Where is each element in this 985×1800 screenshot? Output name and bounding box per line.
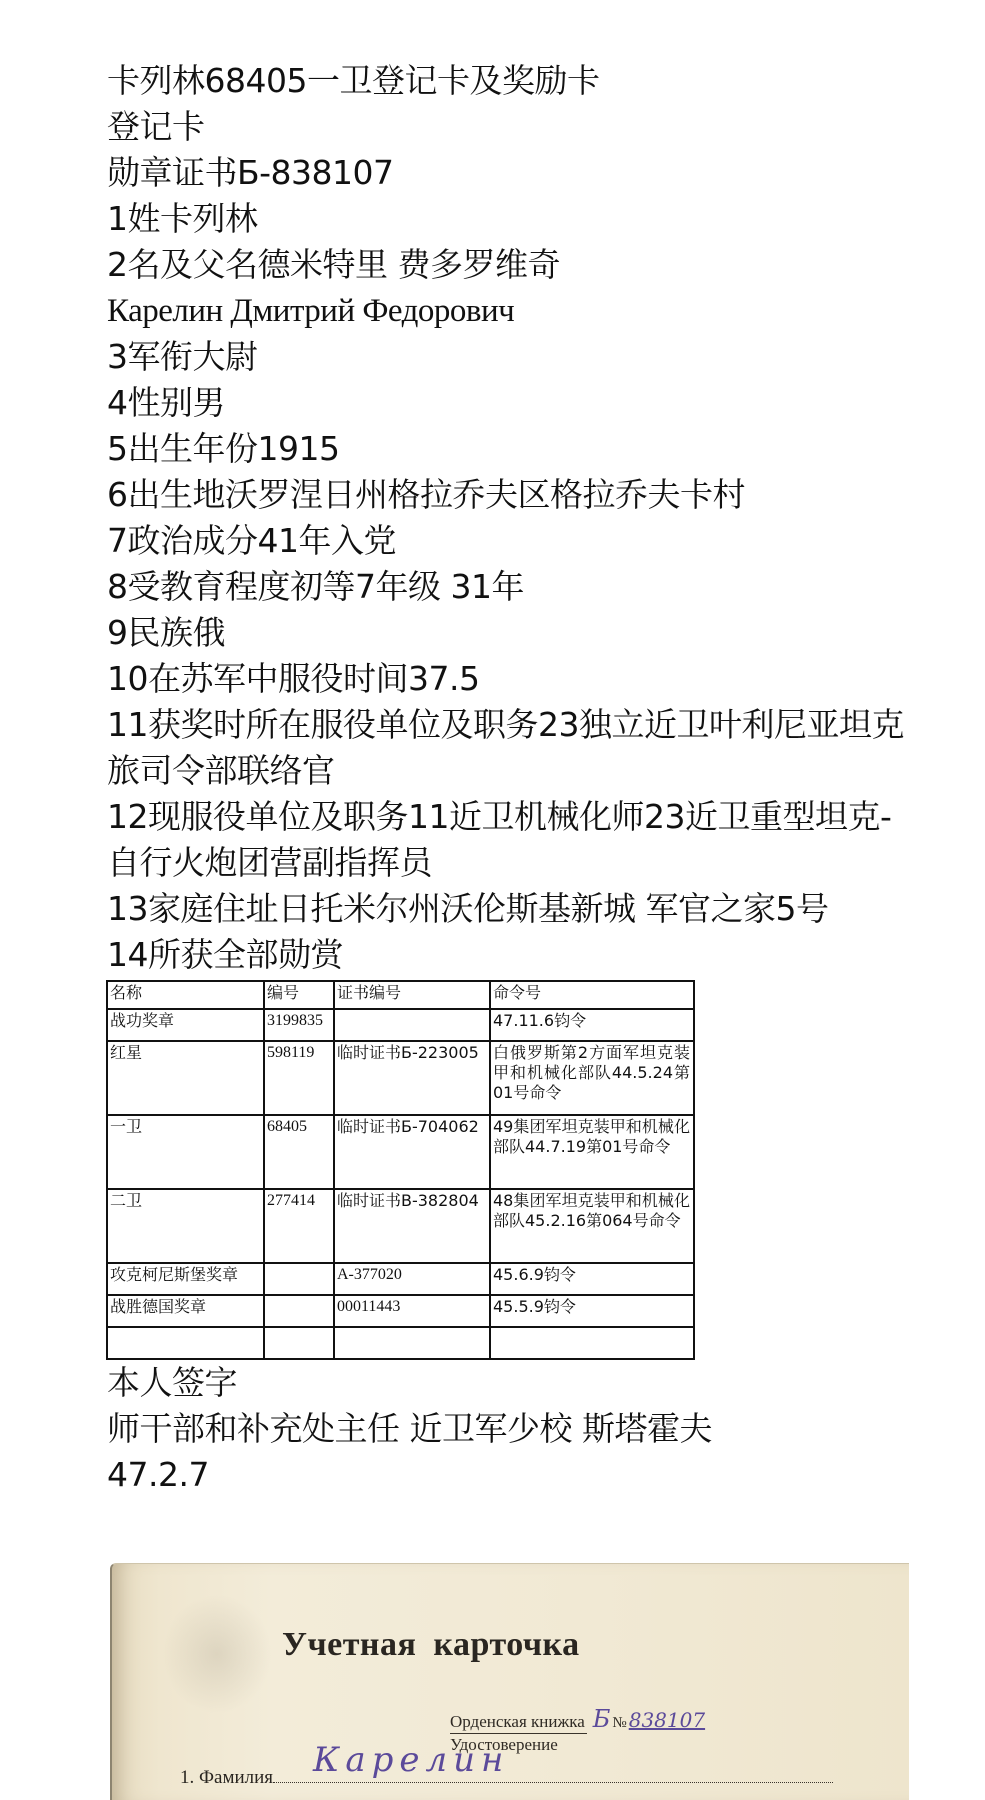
field-education: 8受教育程度初等7年级 31年 xyxy=(107,564,907,610)
field-birth-year: 5出生年份1915 xyxy=(107,426,907,472)
awards-table-header: 名称 编号 证书编号 命令号 xyxy=(107,981,694,1009)
field-full-name-russian: Карелин Дмитрий Федорович xyxy=(107,288,907,334)
signer: 师干部和补充处主任 近卫军少校 斯塔霍夫 xyxy=(107,1406,907,1452)
document-title: 卡列林68405一卫登记卡及奖励卡 xyxy=(107,58,907,104)
field-nationality: 9民族俄 xyxy=(107,610,907,656)
table-row: 一卫 68405 临时证书Б-704062 49集团军坦克装甲和机械化部队44.… xyxy=(107,1115,694,1189)
table-row: 战功奖章 3199835 47.11.6钧令 xyxy=(107,1009,694,1041)
translated-card: 卡列林68405一卫登记卡及奖励卡 登记卡 勋章证书Б-838107 1姓卡列林… xyxy=(107,58,907,1498)
field-unit-at-award: 11获奖时所在服役单位及职务23独立近卫叶利尼亚坦克旅司令部联络官 xyxy=(107,702,912,794)
scan-surname-handwritten: Карелин xyxy=(313,1740,509,1780)
field-party: 7政治成分41年入党 xyxy=(107,518,907,564)
scan-number-handwritten: 838107 xyxy=(629,1708,705,1732)
header-certificate: 证书编号 xyxy=(334,981,490,1009)
table-row-empty xyxy=(107,1327,694,1359)
header-number: 编号 xyxy=(264,981,334,1009)
field-home-address: 13家庭住址日托米尔州沃伦斯基新城 军官之家5号 xyxy=(107,886,912,932)
number-sign: № xyxy=(612,1715,626,1731)
scan-series-handwritten: Б xyxy=(593,1705,611,1733)
original-card-scan: Учетная карточка Орденская книжкаБ№83810… xyxy=(110,1563,909,1800)
header-order: 命令号 xyxy=(490,981,694,1009)
field-sex: 4性别男 xyxy=(107,380,907,426)
field-birthplace: 6出生地沃罗涅日州格拉乔夫区格拉乔夫卡村 xyxy=(107,472,907,518)
document-subtitle: 登记卡 xyxy=(107,104,907,150)
field-all-awards: 14所获全部勋赏 xyxy=(107,932,907,978)
scan-field-label: 1. Фамилия xyxy=(180,1767,273,1788)
field-service-since: 10在苏军中服役时间37.5 xyxy=(107,656,907,702)
header-name: 名称 xyxy=(107,981,264,1009)
scan-order-book-label: Орденская книжка xyxy=(450,1711,587,1734)
awards-table: 名称 编号 证书编号 命令号 战功奖章 3199835 47.11.6钧令 红星… xyxy=(106,980,695,1360)
field-name-patronymic: 2名及父名德米特里 费多罗维奇 xyxy=(107,242,907,288)
signing-date: 47.2.7 xyxy=(107,1452,907,1498)
scan-field-line: Карелин xyxy=(273,1764,833,1783)
medal-book-number: 勋章证书Б-838107 xyxy=(107,150,907,196)
scan-field-surname: 1. ФамилияКарелин xyxy=(180,1764,833,1789)
table-row: 红星 598119 临时证书Б-223005 白俄罗斯第2方面军坦克装甲和机械化… xyxy=(107,1041,694,1115)
table-row: 攻克柯尼斯堡奖章 А-377020 45.6.9钧令 xyxy=(107,1263,694,1295)
paper-stain xyxy=(162,1594,272,1714)
scan-title: Учетная карточка xyxy=(282,1626,580,1664)
table-row: 战胜德国奖章 00011443 45.5.9钧令 xyxy=(107,1295,694,1327)
field-surname: 1姓卡列林 xyxy=(107,196,907,242)
field-current-unit: 12现服役单位及职务11近卫机械化师23近卫重型坦克-自行火炮团营副指挥员 xyxy=(107,794,912,886)
signature-label: 本人签字 xyxy=(107,1360,907,1406)
field-rank: 3军衔大尉 xyxy=(107,334,907,380)
table-row: 二卫 277414 临时证书В-382804 48集团军坦克装甲和机械化部队45… xyxy=(107,1189,694,1263)
